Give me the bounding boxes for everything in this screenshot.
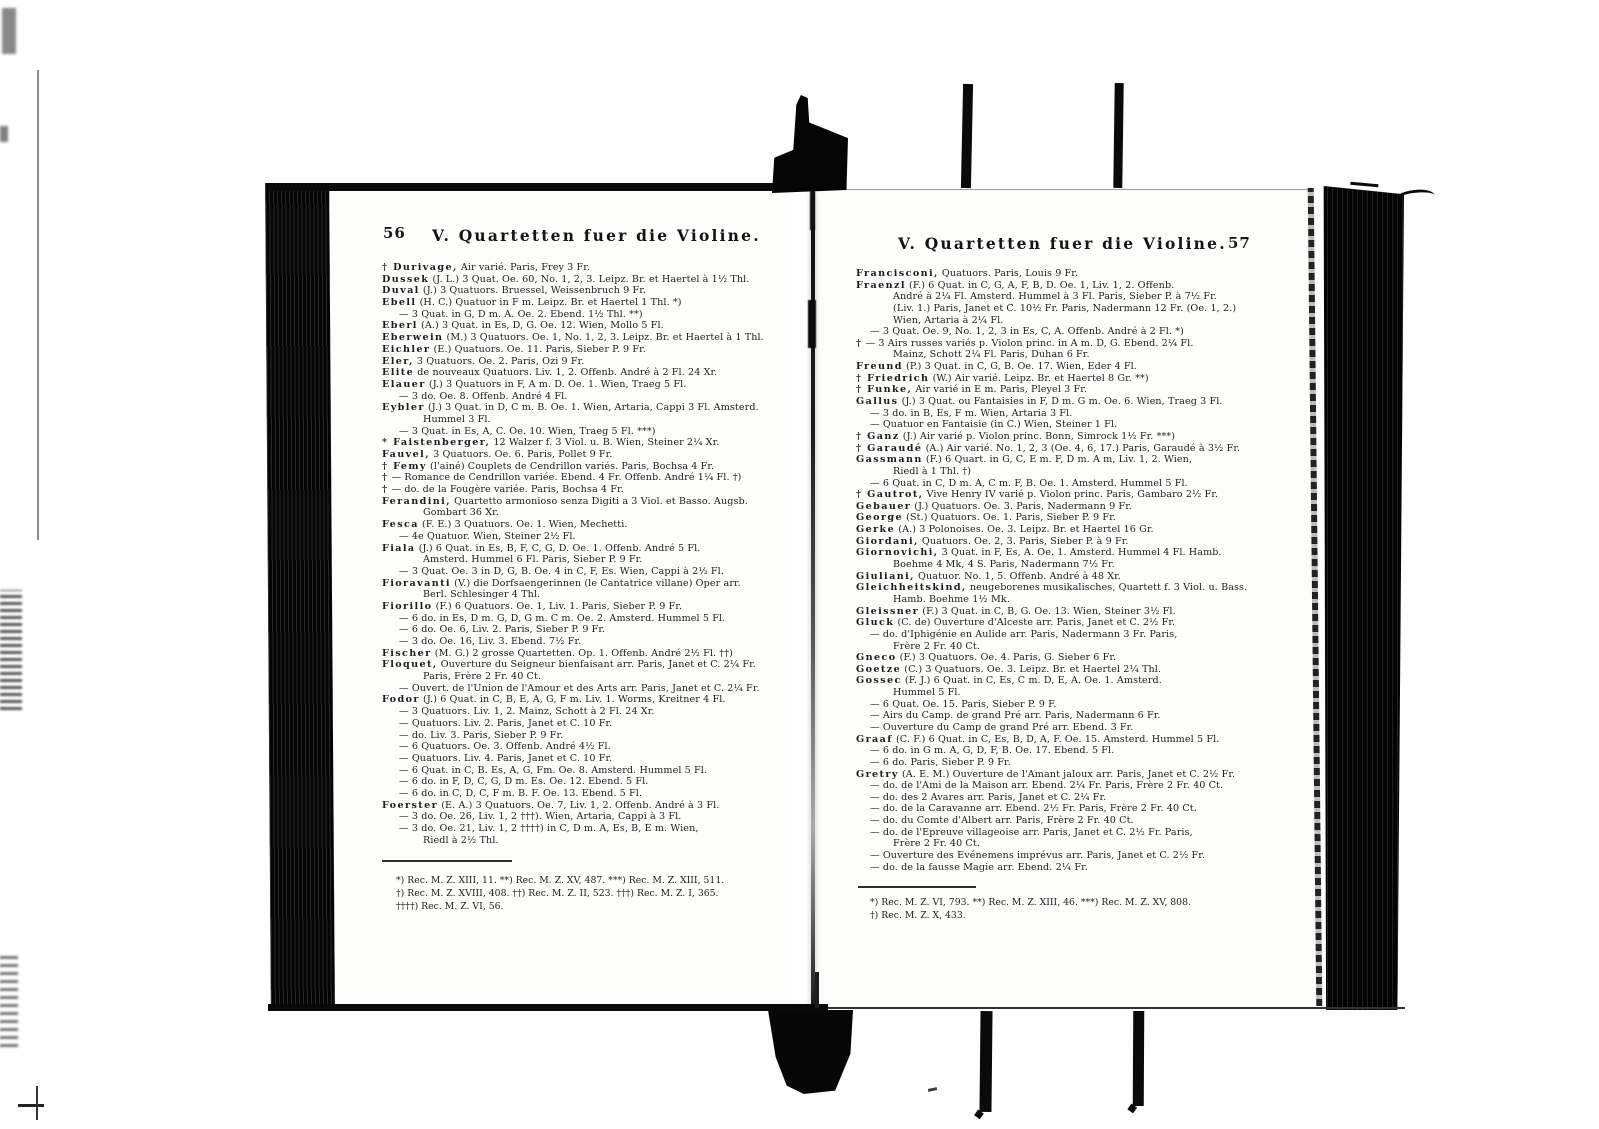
entry-name: † Durivage, bbox=[382, 262, 458, 273]
catalog-line: Gleichheitskind, neugeborenes musikalisc… bbox=[856, 582, 1306, 594]
entry-name: Gneco bbox=[856, 652, 897, 663]
catalog-line: — do. Liv. 3. Paris, Sieber P. 9 Fr. bbox=[382, 730, 782, 742]
catalog-line: † — Romance de Cendrillon variée. Ebend.… bbox=[382, 472, 782, 484]
catalog-line: Gebauer (J.) Quatuors. Oe. 3. Paris, Nad… bbox=[856, 501, 1306, 513]
binding-top-squiggle-1 bbox=[1392, 187, 1436, 210]
entry-name: * Faistenberger, bbox=[382, 437, 490, 448]
entry-name: † Friedrich bbox=[856, 373, 929, 384]
catalog-line: — Airs du Camp. de grand Pré arr. Paris,… bbox=[856, 710, 1306, 722]
book-right-binding bbox=[1322, 186, 1404, 1010]
catalog-line: Gleissner (F.) 3 Quat. in C, B, G. Oe. 1… bbox=[856, 606, 1306, 618]
catalog-line: Riedl à 1 Thl. †) bbox=[856, 466, 1306, 478]
catalog-line: — 6 Quatuors. Oe. 3. Offenb. André 4½ Fl… bbox=[382, 741, 782, 753]
gutter-bottom-ink-blob bbox=[768, 1010, 853, 1094]
catalog-line: Fraenzl (F.) 6 Quat. in C, G, A, F, B, D… bbox=[856, 280, 1306, 292]
book-left-page-edges bbox=[265, 183, 335, 1010]
catalog-line: * Faistenberger, 12 Walzer f. 3 Viol. u.… bbox=[382, 437, 782, 449]
entry-name: † Garaudé bbox=[856, 443, 922, 454]
entry-name: Graaf bbox=[856, 734, 893, 745]
footnote-rule-left bbox=[382, 860, 512, 862]
entry-name: Fiala bbox=[382, 543, 416, 554]
catalog-line: Paris, Frère 2 Fr. 40 Ct. bbox=[382, 671, 782, 683]
catalog-line: — do. des 2 Avares arr. Paris, Janet et … bbox=[856, 792, 1306, 804]
page-top-edge-left bbox=[268, 183, 788, 191]
footnote-line: †) Rec. M. Z. XVIII, 408. ††) Rec. M. Z.… bbox=[396, 887, 724, 900]
catalog-line: — Ouverture des Evénemens imprévus arr. … bbox=[856, 850, 1306, 862]
catalog-column-left: † Durivage, Air varié. Paris, Frey 3 Fr.… bbox=[382, 262, 782, 846]
catalog-line: Gallus (J.) 3 Quat. ou Fantaisies in F, … bbox=[856, 396, 1306, 408]
catalog-line: — 6 do. Paris, Sieber P. 9 Fr. bbox=[856, 757, 1306, 769]
catalog-line: — 6 do. Oe. 6, Liv. 2. Paris, Sieber P. … bbox=[382, 624, 782, 636]
catalog-line: — 6 Quat. in C, D m. A, C m. F, B. Oe. 1… bbox=[856, 478, 1306, 490]
book-scan: 56 V. Quartetten fuer die Violine. † Dur… bbox=[0, 0, 1599, 1129]
entry-name: Gossec bbox=[856, 675, 902, 686]
catalog-line: Foerster (E. A.) 3 Quatuors. Oe. 7, Liv.… bbox=[382, 800, 782, 812]
entry-name: Fesca bbox=[382, 519, 419, 530]
catalog-line: Gneco (F.) 3 Quatuors. Oe. 4. Paris, G. … bbox=[856, 652, 1306, 664]
catalog-line: Frère 2 Fr. 40 Ct. bbox=[856, 641, 1306, 653]
entry-name: Fioravanti bbox=[382, 578, 451, 589]
catalog-line: Giordani, Quatuors. Oe. 2, 3. Paris, Sie… bbox=[856, 536, 1306, 548]
catalog-line: — 6 do. in G m. A, G, D, F, B. Oe. 17. E… bbox=[856, 745, 1306, 757]
entry-name: † bbox=[856, 338, 862, 349]
catalog-line: Giuliani, Quatuor. No. 1, 5. Offenb. And… bbox=[856, 571, 1306, 583]
entry-name: † bbox=[382, 484, 388, 495]
footnote-line: ††††) Rec. M. Z. VI, 56. bbox=[396, 900, 724, 913]
catalog-line: † Garaudé (A.) Air varié. No. 1, 2, 3 (O… bbox=[856, 443, 1306, 455]
stray-scan-mark bbox=[928, 1087, 937, 1092]
entry-name: Eybler bbox=[382, 402, 425, 413]
catalog-line: Riedl à 2½ Thl. bbox=[382, 835, 782, 847]
bookmark-ribbon-bottom-2 bbox=[1133, 1011, 1144, 1106]
catalog-line: Freund (P.) 3 Quat. in C, G, B. Oe. 17. … bbox=[856, 361, 1306, 373]
catalog-line: † Friedrich (W.) Air varié. Leipz. Br. e… bbox=[856, 373, 1306, 385]
catalog-line: Fesca (F. E.) 3 Quatuors. Oe. 1. Wien, M… bbox=[382, 519, 782, 531]
catalog-line: — do. de l'Ami de la Maison arr. Ebend. … bbox=[856, 780, 1306, 792]
catalog-line: Fischer (M. G.) 2 grosse Quartetten. Op.… bbox=[382, 648, 782, 660]
bookmark-ribbon-top-1 bbox=[961, 84, 973, 188]
catalog-line: Hamb. Boehme 1½ Mk. bbox=[856, 594, 1306, 606]
catalog-line: — do. de la fausse Magie arr. Ebend. 2¼ … bbox=[856, 862, 1306, 874]
catalog-line: Francisconi, Quatuors. Paris, Louis 9 Fr… bbox=[856, 268, 1306, 280]
catalog-line: Mainz, Schott 2¼ Fl. Paris, Duhan 6 Fr. bbox=[856, 349, 1306, 361]
catalog-line: Wien, Artaria à 2¼ Fl. bbox=[856, 315, 1306, 327]
catalog-line: — 6 do. in Es, D m. G, D, G m. C m. Oe. … bbox=[382, 613, 782, 625]
catalog-line: Dussek (J. L.) 3 Quat. Oe. 60, No. 1, 2,… bbox=[382, 274, 782, 286]
margin-mark-vertical bbox=[36, 1086, 38, 1120]
margin-smudge-top bbox=[2, 8, 16, 54]
catalog-line: Fauvel, 3 Quatuors. Oe. 6. Paris, Pollet… bbox=[382, 449, 782, 461]
catalog-line: — Quatuors. Liv. 2. Paris, Janet et C. 1… bbox=[382, 718, 782, 730]
entry-name: Goetze bbox=[856, 664, 901, 675]
entry-name: Ferandini, bbox=[382, 496, 451, 507]
footnote-line: *) Rec. M. Z. VI, 793. **) Rec. M. Z. XI… bbox=[870, 896, 1191, 909]
entry-name: Eichler bbox=[382, 344, 430, 355]
catalog-line: Eichler (E.) Quatuors. Oe. 11. Paris, Si… bbox=[382, 344, 782, 356]
scanner-edge-hairline bbox=[37, 70, 39, 540]
catalog-line: — 3 Quat. Oe. 3 in D, G, B. Oe. 4 in C, … bbox=[382, 566, 782, 578]
entry-name: Floquet, bbox=[382, 659, 438, 670]
catalog-line: — 4e Quatuor. Wien, Steiner 2½ Fl. bbox=[382, 531, 782, 543]
catalog-line: Duval (J.) 3 Quatuors. Bruessel, Weissen… bbox=[382, 285, 782, 297]
catalog-line: Frère 2 Fr. 40 Ct. bbox=[856, 838, 1306, 850]
entry-name: George bbox=[856, 512, 903, 523]
entry-name: Gluck bbox=[856, 617, 894, 628]
catalog-line: Fodor (J.) 6 Quat. in C, B, E, A, G, F m… bbox=[382, 694, 782, 706]
footnote-rule-right bbox=[858, 886, 976, 888]
catalog-line: Fiala (J.) 6 Quat. in Es, B, F, C, G, D.… bbox=[382, 543, 782, 555]
entry-name: Fischer bbox=[382, 648, 432, 659]
gutter-bottom-tick bbox=[815, 972, 819, 1008]
catalog-line: — do. de l'Epreuve villageoise arr. Pari… bbox=[856, 827, 1306, 839]
gutter-top-ink-blob bbox=[772, 95, 848, 193]
catalog-line: Floquet, Ouverture du Seigneur bienfaisa… bbox=[382, 659, 782, 671]
catalog-line: † Durivage, Air varié. Paris, Frey 3 Fr. bbox=[382, 262, 782, 274]
catalog-line: — 3 Quatuors. Liv. 1, 2. Mainz, Schott à… bbox=[382, 706, 782, 718]
entry-name: Eler, bbox=[382, 356, 414, 367]
entry-name: Eberl bbox=[382, 320, 418, 331]
catalog-line: † Funke, Air varié in E m. Paris, Pleyel… bbox=[856, 384, 1306, 396]
catalog-line: † Gautrot, Vive Henry IV varié p. Violon… bbox=[856, 489, 1306, 501]
catalog-line: Eybler (J.) 3 Quat. in D, C m. B. Oe. 1.… bbox=[382, 402, 782, 414]
entry-name: † Funke, bbox=[856, 384, 912, 395]
page-57: V. Quartetten fuer die Violine. 57 Franc… bbox=[816, 190, 1315, 1006]
catalog-line: Eberwein (M.) 3 Quatuors. Oe. 1, No. 1, … bbox=[382, 332, 782, 344]
catalog-line: — 6 Quat. Oe. 15. Paris, Sieber P. 9 F. bbox=[856, 699, 1306, 711]
entry-name: Gallus bbox=[856, 396, 898, 407]
catalog-line: † Femy (l'ainé) Couplets de Cendrillon v… bbox=[382, 461, 782, 473]
entry-name: Giornovichi, bbox=[856, 547, 939, 558]
catalog-line: — 6 do. in F, D, C, G, D m. Es. Oe. 12. … bbox=[382, 776, 782, 788]
catalog-line: Eler, 3 Quatuors. Oe. 2. Paris, Ozi 9 Fr… bbox=[382, 356, 782, 368]
margin-smudge-dash bbox=[0, 126, 8, 142]
footnotes-right: *) Rec. M. Z. VI, 793. **) Rec. M. Z. XI… bbox=[870, 896, 1191, 922]
catalog-line: — 6 Quat. in C, B. Es, A, G, Fm. Oe. 8. … bbox=[382, 765, 782, 777]
entry-name: Dussek bbox=[382, 274, 429, 285]
catalog-line: — 3 do. Oe. 26, Liv. 1, 2 †††). Wien, Ar… bbox=[382, 811, 782, 823]
entry-name: † Ganz bbox=[856, 431, 900, 442]
margin-mark-horizontal bbox=[18, 1104, 44, 1107]
catalog-line: Graaf (C. F.) 6 Quat. in C, Es, B, D, A,… bbox=[856, 734, 1306, 746]
entry-name: † Femy bbox=[382, 461, 427, 472]
catalog-line: Gombart 36 Xr. bbox=[382, 507, 782, 519]
entry-name: † Gautrot, bbox=[856, 489, 923, 500]
entry-name: Elite bbox=[382, 367, 414, 378]
running-header-left: V. Quartetten fuer die Violine. bbox=[432, 226, 732, 245]
footnotes-left: *) Rec. M. Z. XIII, 11. **) Rec. M. Z. X… bbox=[396, 874, 724, 913]
catalog-line: — 3 Quat. in Es, A, C. Oe. 10. Wien, Tra… bbox=[382, 426, 782, 438]
entry-name: Giordani, bbox=[856, 536, 919, 547]
catalog-line: † — 3 Airs russes variés p. Violon princ… bbox=[856, 338, 1306, 350]
catalog-line: Goetze (C.) 3 Quatuors. Oe. 3. Leipz. Br… bbox=[856, 664, 1306, 676]
catalog-line: Eberl (A.) 3 Quat. in Es, D, G. Oe. 12. … bbox=[382, 320, 782, 332]
page-number-right: 57 bbox=[1228, 234, 1251, 252]
catalog-line: Ferandini, Quartetto armonioso senza Dig… bbox=[382, 496, 782, 508]
catalog-line: Amsterd. Hummel 6 Fl. Paris, Sieber P. 9… bbox=[382, 554, 782, 566]
page-56: 56 V. Quartetten fuer die Violine. † Dur… bbox=[332, 192, 790, 1005]
catalog-line: Fiorillo (F.) 6 Quatuors. Oe. 1, Liv. 1.… bbox=[382, 601, 782, 613]
catalog-line: Fioravanti (V.) die Dorfsaengerinnen (le… bbox=[382, 578, 782, 590]
margin-smudge-lower bbox=[0, 955, 18, 1047]
footnote-line: †) Rec. M. Z. X, 433. bbox=[870, 909, 1191, 922]
running-header-right: V. Quartetten fuer die Violine. bbox=[898, 234, 1208, 253]
page-bottom-edge-right bbox=[828, 1007, 1405, 1009]
catalog-line: — do. de la Caravanne arr. Ebend. 2½ Fr.… bbox=[856, 803, 1306, 815]
page-number-left: 56 bbox=[383, 224, 406, 242]
catalog-line: Boehme 4 Mk, 4 S. Paris, Nadermann 7½ Fr… bbox=[856, 559, 1306, 571]
catalog-line: Elauer (J.) 3 Quatuors in F, A m. D. Oe.… bbox=[382, 379, 782, 391]
catalog-line: Gluck (C. de) Ouverture d'Alceste arr. P… bbox=[856, 617, 1306, 629]
catalog-line: — Quatuor en Fantaisie (in C.) Wien, Ste… bbox=[856, 419, 1306, 431]
catalog-line: Gretry (A. E. M.) Ouverture de l'Amant j… bbox=[856, 769, 1306, 781]
catalog-line: Hummel 3 Fl. bbox=[382, 414, 782, 426]
catalog-column-right: Francisconi, Quatuors. Paris, Louis 9 Fr… bbox=[856, 268, 1306, 873]
entry-name: Gebauer bbox=[856, 501, 911, 512]
page-bottom-edge-left bbox=[268, 1004, 828, 1011]
page-top-edge-right bbox=[830, 189, 1310, 190]
catalog-line: Ebell (H. C.) Quatuor in F m. Leipz. Br.… bbox=[382, 297, 782, 309]
entry-name: Fiorillo bbox=[382, 601, 432, 612]
margin-smudge-middle bbox=[0, 590, 22, 710]
entry-name: † bbox=[382, 472, 388, 483]
entry-name: Gerke bbox=[856, 524, 895, 535]
gutter-dark-segment bbox=[808, 300, 816, 348]
entry-name: Fauvel, bbox=[382, 449, 430, 460]
catalog-line: (Liv. 1.) Paris, Janet et C. 10½ Fr. Par… bbox=[856, 303, 1306, 315]
entry-name: Fodor bbox=[382, 694, 420, 705]
footnote-line: *) Rec. M. Z. XIII, 11. **) Rec. M. Z. X… bbox=[396, 874, 724, 887]
entry-name: Ebell bbox=[382, 297, 416, 308]
catalog-line: Giornovichi, 3 Quat. in F, Es, A. Oe. 1.… bbox=[856, 547, 1306, 559]
catalog-line: Berl. Schlesinger 4 Thl. bbox=[382, 589, 782, 601]
entry-name: Giuliani, bbox=[856, 571, 915, 582]
catalog-line: — 3 do. in B, Es, F m. Wien, Artaria 3 F… bbox=[856, 408, 1306, 420]
catalog-line: † — do. de la Fougère variée. Paris, Boc… bbox=[382, 484, 782, 496]
catalog-line: — 3 do. Oe. 8. Offenb. André 4 Fl. bbox=[382, 391, 782, 403]
entry-name: Gleissner bbox=[856, 606, 919, 617]
entry-name: Gretry bbox=[856, 769, 899, 780]
catalog-line: André à 2¼ Fl. Amsterd. Hummel à 3 Fl. P… bbox=[856, 291, 1306, 303]
catalog-line: — 3 do. Oe. 21, Liv. 1, 2 ††††) in C, D … bbox=[382, 823, 782, 835]
catalog-line: — 3 Quat. Oe. 9, No. 1, 2, 3 in Es, C, A… bbox=[856, 326, 1306, 338]
catalog-line: — 3 do. Oe. 16, Liv. 3. Ebend. 7½ Fr. bbox=[382, 636, 782, 648]
entry-name: Freund bbox=[856, 361, 903, 372]
entry-name: Gleichheitskind, bbox=[856, 582, 967, 593]
entry-name: Foerster bbox=[382, 800, 438, 811]
catalog-line: — 3 Quat. in G, D m. A. Oe. 2. Ebend. 1½… bbox=[382, 309, 782, 321]
catalog-line: † Ganz (J.) Air varié p. Violon princ. B… bbox=[856, 431, 1306, 443]
bookmark-ribbon-bottom-1 bbox=[979, 1011, 992, 1112]
catalog-line: Gossec (F. J.) 6 Quat. in C, Es, C m. D,… bbox=[856, 675, 1306, 687]
catalog-line: George (St.) Quatuors. Oe. 1. Paris, Sie… bbox=[856, 512, 1306, 524]
catalog-line: Gassmann (F.) 6 Quart. in G, C, E m. F, … bbox=[856, 454, 1306, 466]
entry-name: Fraenzl bbox=[856, 280, 906, 291]
entry-name: Elauer bbox=[382, 379, 426, 390]
entry-name: Gassmann bbox=[856, 454, 923, 465]
binding-top-squiggle-2 bbox=[1350, 182, 1379, 195]
catalog-line: — 6 do. in C, D, C, F m. B. F. Oe. 13. E… bbox=[382, 788, 782, 800]
catalog-line: — Quatuors. Liv. 4. Paris, Janet et C. 1… bbox=[382, 753, 782, 765]
catalog-line: — Ouverture du Camp de grand Pré arr. Eb… bbox=[856, 722, 1306, 734]
catalog-line: — Ouvert. de l'Union de l'Amour et des A… bbox=[382, 683, 782, 695]
bookmark-ribbon-top-2 bbox=[1113, 83, 1123, 188]
catalog-line: — do. du Comte d'Albert arr. Paris, Frèr… bbox=[856, 815, 1306, 827]
catalog-line: — do. d'Iphigénie en Aulide arr. Paris, … bbox=[856, 629, 1306, 641]
catalog-line: Elite de nouveaux Quatuors. Liv. 1, 2. O… bbox=[382, 367, 782, 379]
catalog-line: Gerke (A.) 3 Polonoises. Oe. 3. Leipz. B… bbox=[856, 524, 1306, 536]
entry-name: Francisconi, bbox=[856, 268, 939, 279]
entry-name: Duval bbox=[382, 285, 420, 296]
entry-name: Eberwein bbox=[382, 332, 443, 343]
catalog-line: Hummel 5 Fl. bbox=[856, 687, 1306, 699]
